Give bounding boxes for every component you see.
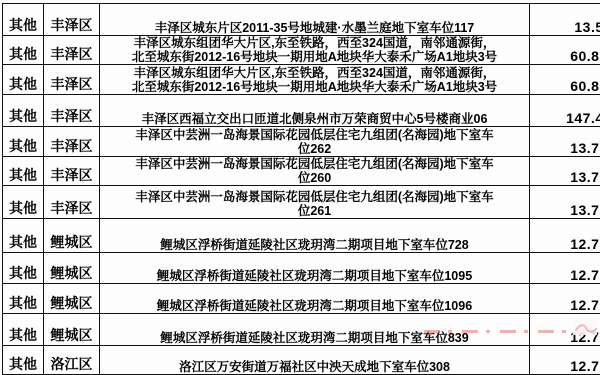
district-cell[interactable]: 洛江区 — [44, 346, 100, 375]
value-text: 60.81 — [570, 48, 600, 64]
value-cell[interactable]: 12.72 — [530, 253, 600, 284]
value-text: 13.75 — [570, 140, 600, 156]
value-text: 147.41 — [566, 110, 600, 126]
district-cell[interactable]: 丰泽区 — [44, 65, 100, 95]
district-cell[interactable]: 鲤城区 — [44, 253, 100, 284]
value-cell[interactable]: 13.75 — [530, 127, 600, 157]
table-row: 其他 丰泽区 丰泽区城东组团华大片区,东至铁路，西至324国道，南邻通源街， 北… — [3, 65, 600, 95]
table-row: 其他 鲤城区 鲤城区浮桥街道延陵社区珑玥湾二期项目地下室车位1096 12.72 — [3, 284, 600, 314]
value-cell[interactable]: 60.81 — [530, 36, 600, 65]
value-text: 12.72 — [570, 267, 600, 283]
category-cell[interactable]: 其他 — [3, 314, 44, 346]
value-cell[interactable]: 13.5 — [530, 4, 600, 36]
district-cell[interactable]: 丰泽区 — [44, 4, 100, 36]
value-text: 13.5 — [574, 19, 600, 35]
district-cell[interactable]: 丰泽区 — [44, 36, 100, 65]
description-cell[interactable]: 丰泽区中芸洲一岛海景国际花园低层住宅九组团(名海园)地下室车 位261 — [100, 186, 530, 219]
value-text: 13.75 — [570, 169, 600, 185]
value-text: 12.72 — [570, 358, 600, 374]
value-cell[interactable]: 13.75 — [530, 157, 600, 186]
table-row: 其他 丰泽区 丰泽区西福立交出口匝道北侧泉州市万荣商贸中心5号楼商业06 147… — [3, 95, 600, 127]
district-cell[interactable]: 丰泽区 — [44, 95, 100, 127]
value-cell[interactable]: 12.72 — [530, 346, 600, 375]
description-cell[interactable]: 丰泽区城东组团华大片区,东至铁路，西至324国道，南邻通源街， 北至城东街201… — [100, 65, 530, 95]
value-cell[interactable]: 12.72 — [530, 314, 600, 346]
category-cell[interactable]: 其他 — [3, 65, 44, 95]
table-row: 其他 丰泽区 丰泽区城东片区2011-35号地城建·水墨兰庭地下室车位117 1… — [3, 4, 600, 36]
category-cell[interactable]: 其他 — [3, 36, 44, 65]
table-row: 其他 鲤城区 鲤城区浮桥街道延陵社区珑玥湾二期项目地下室车位1095 12.72 — [3, 253, 600, 284]
value-text: 12.72 — [570, 236, 600, 252]
description-cell[interactable]: 鲤城区浮桥街道延陵社区珑玥湾二期项目地下室车位1095 — [100, 253, 530, 284]
category-cell[interactable]: 其他 — [3, 253, 44, 284]
description-cell[interactable]: 鲤城区浮桥街道延陵社区珑玥湾二期项目地下室车位839 — [100, 314, 530, 346]
value-text: 60.81 — [570, 78, 600, 94]
category-cell[interactable]: 其他 — [3, 284, 44, 314]
category-cell[interactable]: 其他 — [3, 186, 44, 219]
parking-listings-table: 其他 丰泽区 丰泽区城东片区2011-35号地城建·水墨兰庭地下室车位117 1… — [2, 3, 600, 375]
data-grid: 其他 丰泽区 丰泽区城东片区2011-35号地城建·水墨兰庭地下室车位117 1… — [2, 3, 600, 375]
district-cell[interactable]: 鲤城区 — [44, 219, 100, 253]
value-text: 12.72 — [570, 329, 600, 345]
description-cell[interactable]: 鲤城区浮桥街道延陵社区珑玥湾二期项目地下室车位1096 — [100, 284, 530, 314]
table-row: 其他 丰泽区 丰泽区城东组团华大片区,东至铁路，西至324国道，南邻通源街， 北… — [3, 36, 600, 65]
description-cell[interactable]: 丰泽区中芸洲一岛海景国际花园低层住宅九组团(名海园)地下室车 位260 — [100, 157, 530, 186]
category-cell[interactable]: 其他 — [3, 346, 44, 375]
district-cell[interactable]: 丰泽区 — [44, 186, 100, 219]
description-cell[interactable]: 丰泽区城东片区2011-35号地城建·水墨兰庭地下室车位117 — [100, 4, 530, 36]
district-cell[interactable]: 丰泽区 — [44, 157, 100, 186]
category-cell[interactable]: 其他 — [3, 95, 44, 127]
spreadsheet-view: 其他 丰泽区 丰泽区城东片区2011-35号地城建·水墨兰庭地下室车位117 1… — [0, 0, 600, 375]
table-row: 其他 鲤城区 鲤城区浮桥街道延陵社区珑玥湾二期项目地下室车位728 12.72 — [3, 219, 600, 253]
category-cell[interactable]: 其他 — [3, 219, 44, 253]
district-cell[interactable]: 鲤城区 — [44, 284, 100, 314]
district-cell[interactable]: 丰泽区 — [44, 127, 100, 157]
value-text: 12.72 — [570, 297, 600, 313]
table-row: 其他 丰泽区 丰泽区中芸洲一岛海景国际花园低层住宅九组团(名海园)地下室车 位2… — [3, 186, 600, 219]
value-cell[interactable]: 13.75 — [530, 186, 600, 219]
description-cell[interactable]: 丰泽区西福立交出口匝道北侧泉州市万荣商贸中心5号楼商业06 — [100, 95, 530, 127]
value-cell[interactable]: 12.72 — [530, 284, 600, 314]
district-cell[interactable]: 鲤城区 — [44, 314, 100, 346]
category-cell[interactable]: 其他 — [3, 157, 44, 186]
table-row: 其他 丰泽区 丰泽区中芸洲一岛海景国际花园低层住宅九组团(名海园)地下室车 位2… — [3, 127, 600, 157]
table-row: 其他 鲤城区 鲤城区浮桥街道延陵社区珑玥湾二期项目地下室车位839 12.72 — [3, 314, 600, 346]
description-cell[interactable]: 鲤城区浮桥街道延陵社区珑玥湾二期项目地下室车位728 — [100, 219, 530, 253]
category-cell[interactable]: 其他 — [3, 127, 44, 157]
value-cell[interactable]: 12.72 — [530, 219, 600, 253]
value-cell[interactable]: 147.41 — [530, 95, 600, 127]
value-text: 13.75 — [570, 202, 600, 218]
description-cell[interactable]: 丰泽区中芸洲一岛海景国际花园低层住宅九组团(名海园)地下室车 位262 — [100, 127, 530, 157]
table-row: 其他 洛江区 洛江区万安街道万福社区中泱天成地下室车位308 12.72 — [3, 346, 600, 375]
category-cell[interactable]: 其他 — [3, 4, 44, 36]
value-cell[interactable]: 60.81 — [530, 65, 600, 95]
description-cell[interactable]: 洛江区万安街道万福社区中泱天成地下室车位308 — [100, 346, 530, 375]
table-row: 其他 丰泽区 丰泽区中芸洲一岛海景国际花园低层住宅九组团(名海园)地下室车 位2… — [3, 157, 600, 186]
description-cell[interactable]: 丰泽区城东组团华大片区,东至铁路，西至324国道，南邻通源街， 北至城东街201… — [100, 36, 530, 65]
